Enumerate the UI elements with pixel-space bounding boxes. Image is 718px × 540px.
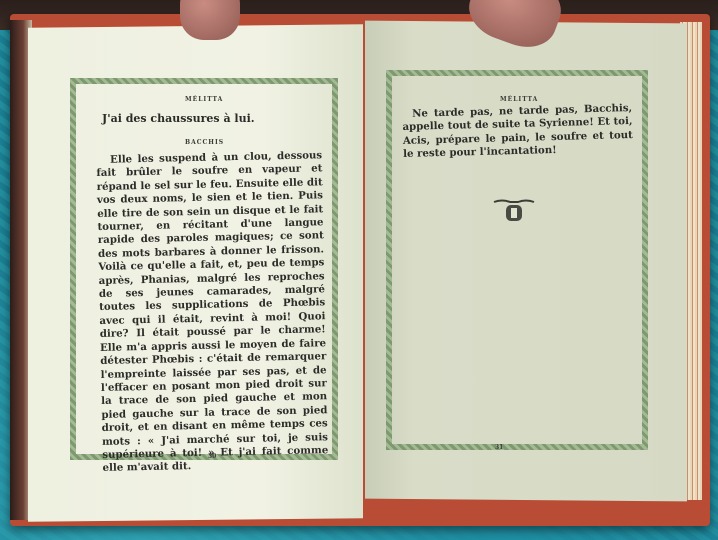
right-page-number: 31 xyxy=(495,444,503,451)
left-page-number: 30 xyxy=(208,453,216,460)
left-line-1: J'ai des chaussures à lui. xyxy=(102,112,322,125)
right-speaker-melitta: MÉLITTA xyxy=(500,96,538,103)
left-speaker-bacchis: BACCHIS xyxy=(185,139,224,146)
left-speaker-melitta: MÉLITTA xyxy=(185,96,223,103)
left-paragraph: Elle les suspend à un clou, dessous fait… xyxy=(96,149,329,475)
fleuron-ornament-icon xyxy=(492,197,536,223)
left-finger xyxy=(180,0,240,40)
right-paragraph: Ne tarde pas, ne tarde pas, Bacchis, app… xyxy=(402,102,633,162)
